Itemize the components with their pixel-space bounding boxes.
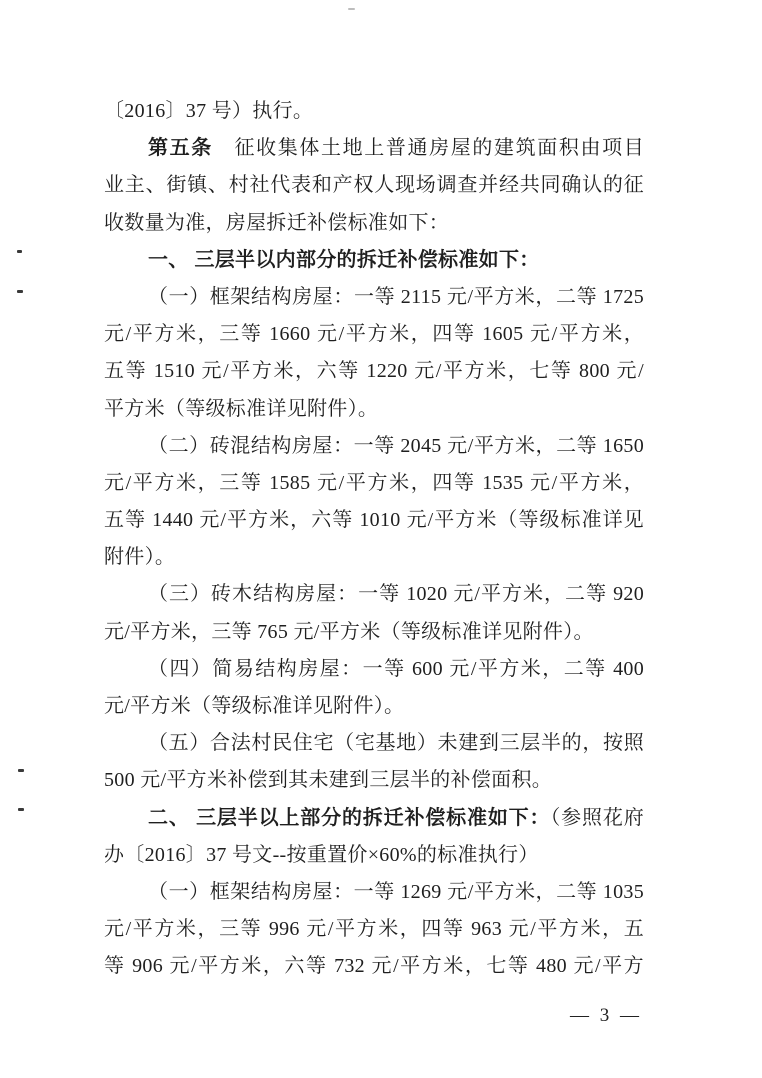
text-run: 收数量为准，房屋拆迁补偿标准如下：	[104, 212, 449, 234]
text-line: 第五条 征收集体土地上普通房屋的建筑面积由项目	[104, 130, 644, 167]
text-run: 500 元/平方米补偿到其未建到三层半的补偿面积。	[104, 769, 552, 791]
text-run: 办〔2016〕37 号文--按重置价×60%的标准执行）	[104, 844, 539, 866]
text-run: 五等 1440 元/平方米，六等 1010 元/平方米（等级标准详见	[104, 509, 644, 531]
text-line: 平方米（等级标准详见附件）。	[104, 391, 644, 428]
text-line: 二、 三层半以上部分的拆迁补偿标准如下：（参照花府	[104, 800, 644, 837]
text-run: 征收集体土地上普通房屋的建筑面积由项目	[213, 137, 644, 159]
text-run: （三）砖木结构房屋：一等 1020 元/平方米，二等 920	[148, 583, 644, 605]
text-line: 等 906 元/平方米，六等 732 元/平方米，七等 480 元/平方	[104, 948, 644, 985]
scan-speck	[17, 290, 23, 293]
text-run: （五）合法村民住宅（宅基地）未建到三层半的，按照	[148, 732, 644, 754]
document-page: 〔2016〕37 号）执行。第五条 征收集体土地上普通房屋的建筑面积由项目业主、…	[0, 0, 762, 1078]
text-line: （二）砖混结构房屋：一等 2045 元/平方米，二等 1650	[104, 428, 644, 465]
scan-speck	[18, 769, 24, 772]
page-number: — 3 —	[570, 1003, 642, 1029]
text-run: 业主、街镇、村社代表和产权人现场调查并经共同确认的征	[104, 174, 644, 196]
text-line: 元/平方米（等级标准详见附件）。	[104, 688, 644, 725]
text-run: 元/平方米，三等 1585 元/平方米，四等 1535 元/平方米，	[104, 472, 644, 494]
text-line: （一）框架结构房屋：一等 2115 元/平方米，二等 1725	[104, 279, 644, 316]
scan-speck	[348, 8, 355, 10]
text-line: 元/平方米，三等 1585 元/平方米，四等 1535 元/平方米，	[104, 465, 644, 502]
text-line: 收数量为准，房屋拆迁补偿标准如下：	[104, 205, 644, 242]
text-run: 元/平方米，三等 1660 元/平方米，四等 1605 元/平方米，	[104, 323, 644, 345]
scan-speck	[18, 808, 24, 811]
text-run: （四）简易结构房屋：一等 600 元/平方米，二等 400	[148, 658, 644, 680]
text-line: （五）合法村民住宅（宅基地）未建到三层半的，按照	[104, 725, 644, 762]
text-line: 办〔2016〕37 号文--按重置价×60%的标准执行）	[104, 837, 644, 874]
text-run: （一）框架结构房屋：一等 2115 元/平方米，二等 1725	[148, 286, 644, 308]
text-line: （四）简易结构房屋：一等 600 元/平方米，二等 400	[104, 651, 644, 688]
text-line: 附件）。	[104, 539, 644, 576]
text-line: 元/平方米，三等 765 元/平方米（等级标准详见附件）。	[104, 614, 644, 651]
text-line: 元/平方米，三等 996 元/平方米，四等 963 元/平方米，五	[104, 911, 644, 948]
text-line: 元/平方米，三等 1660 元/平方米，四等 1605 元/平方米，	[104, 316, 644, 353]
text-run: 附件）。	[104, 546, 175, 568]
text-line: 五等 1510 元/平方米，六等 1220 元/平方米，七等 800 元/	[104, 353, 644, 390]
scan-speck	[17, 250, 22, 253]
text-line: 业主、街镇、村社代表和产权人现场调查并经共同确认的征	[104, 167, 644, 204]
text-run-bold: 第五条	[148, 137, 213, 159]
text-run: （一）框架结构房屋：一等 1269 元/平方米，二等 1035	[148, 881, 644, 903]
text-line: 〔2016〕37 号）执行。	[104, 93, 644, 130]
text-block: 〔2016〕37 号）执行。第五条 征收集体土地上普通房屋的建筑面积由项目业主、…	[104, 93, 644, 986]
text-run-bold: 一、 三层半以内部分的拆迁补偿标准如下：	[148, 249, 540, 271]
text-run-bold: 二、 三层半以上部分的拆迁补偿标准如下：	[148, 807, 550, 829]
text-run: 等 906 元/平方米，六等 732 元/平方米，七等 480 元/平方	[104, 955, 644, 977]
text-run: （二）砖混结构房屋：一等 2045 元/平方米，二等 1650	[148, 435, 644, 457]
text-line: 五等 1440 元/平方米，六等 1010 元/平方米（等级标准详见	[104, 502, 644, 539]
text-run: 元/平方米，三等 996 元/平方米，四等 963 元/平方米，五	[104, 918, 644, 940]
text-line: 500 元/平方米补偿到其未建到三层半的补偿面积。	[104, 762, 644, 799]
text-run: 〔2016〕37 号）执行。	[104, 100, 313, 122]
text-run: （参照花府	[550, 807, 644, 829]
text-run: 元/平方米（等级标准详见附件）。	[104, 695, 404, 717]
text-run: 平方米（等级标准详见附件）。	[104, 398, 378, 420]
text-line: 一、 三层半以内部分的拆迁补偿标准如下：	[104, 242, 644, 279]
text-run: 五等 1510 元/平方米，六等 1220 元/平方米，七等 800 元/	[104, 360, 644, 382]
text-line: （三）砖木结构房屋：一等 1020 元/平方米，二等 920	[104, 576, 644, 613]
text-line: （一）框架结构房屋：一等 1269 元/平方米，二等 1035	[104, 874, 644, 911]
text-run: 元/平方米，三等 765 元/平方米（等级标准详见附件）。	[104, 621, 594, 643]
